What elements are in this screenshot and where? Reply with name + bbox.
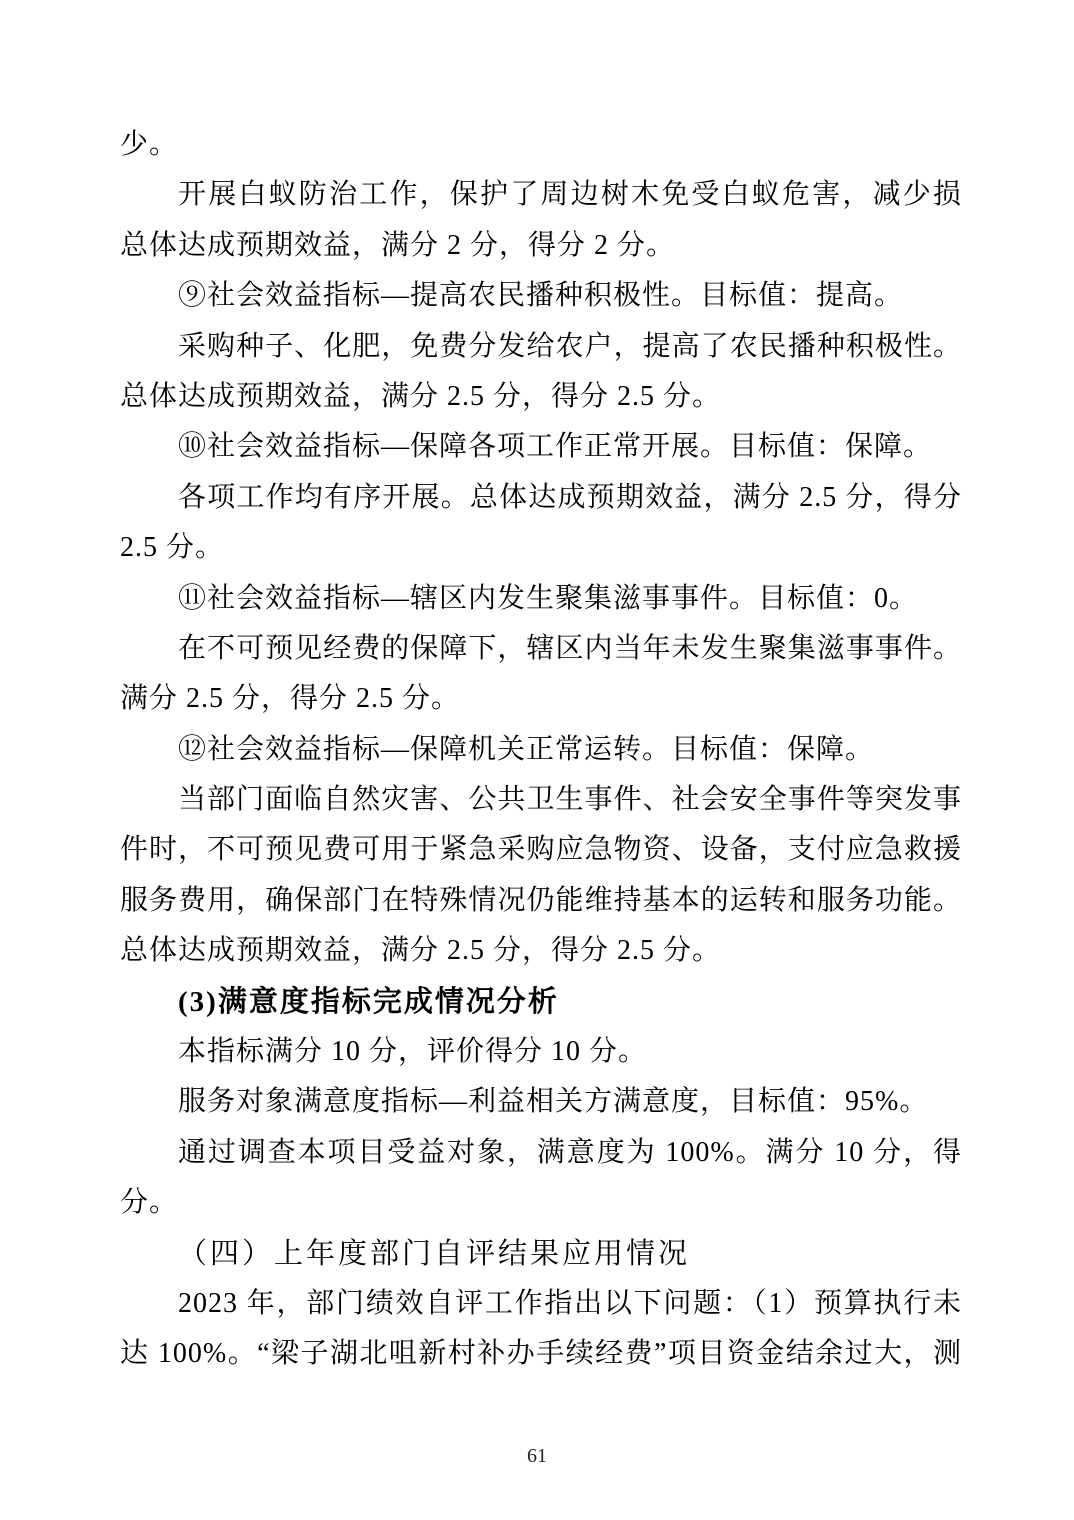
text-line: 本指标满分 10 分，评价得分 10 分。 — [120, 1027, 962, 1077]
text-line: ⑪社会效益指标—辖区内发生聚集滋事事件。目标值：0。 — [120, 574, 962, 624]
text-line: 达 100%。“梁子湖北咀新村补办手续经费”项目资金结余过大，测 — [120, 1329, 962, 1379]
text-line: 件时，不可预见费可用于紧急采购应急物资、设备，支付应急救援 — [120, 825, 962, 875]
text-line: ⑩社会效益指标—保障各项工作正常开展。目标值：保障。 — [120, 422, 962, 472]
text-line: 采购种子、化肥，免费分发给农户，提高了农民播种积极性。 — [120, 322, 962, 372]
text-line: 服务对象满意度指标—利益相关方满意度，目标值：95%。 — [120, 1077, 962, 1127]
text-line: ⑨社会效益指标—提高农民播种积极性。目标值：提高。 — [120, 271, 962, 321]
text-line: 分。 — [120, 1178, 962, 1228]
document-page: 少。开展白蚁防治工作，保护了周边树木免受白蚁危害，减少损失。总体达成预期效益，满… — [0, 0, 1074, 1520]
document-body: 少。开展白蚁防治工作，保护了周边树木免受白蚁危害，减少损失。总体达成预期效益，满… — [120, 120, 962, 1380]
text-line: 2.5 分。 — [120, 523, 962, 573]
text-line: ⑫社会效益指标—保障机关正常运转。目标值：保障。 — [120, 725, 962, 775]
text-line: (3)满意度指标完成情况分析 — [120, 977, 962, 1027]
text-line: 2023 年，部门绩效自评工作指出以下问题：（1）预算执行未 — [120, 1279, 962, 1329]
text-line: 总体达成预期效益，满分 2.5 分，得分 2.5 分。 — [120, 372, 962, 422]
text-line: 当部门面临自然灾害、公共卫生事件、社会安全事件等突发事 — [120, 775, 962, 825]
text-line: 开展白蚁防治工作，保护了周边树木免受白蚁危害，减少损失。 — [120, 170, 962, 220]
text-line: 总体达成预期效益，满分 2.5 分，得分 2.5 分。 — [120, 926, 962, 976]
text-line: 满分 2.5 分，得分 2.5 分。 — [120, 674, 962, 724]
text-line: （四）上年度部门自评结果应用情况 — [120, 1229, 962, 1279]
text-line: 少。 — [120, 120, 962, 170]
text-line: 各项工作均有序开展。总体达成预期效益，满分 2.5 分，得分 — [120, 473, 962, 523]
text-line: 服务费用，确保部门在特殊情况仍能维持基本的运转和服务功能。 — [120, 876, 962, 926]
text-line: 在不可预见经费的保障下，辖区内当年未发生聚集滋事事件。 — [120, 624, 962, 674]
text-line: 总体达成预期效益，满分 2 分，得分 2 分。 — [120, 221, 962, 271]
text-line: 通过调查本项目受益对象，满意度为 100%。满分 10 分，得 10 — [120, 1128, 962, 1178]
page-number: 61 — [0, 1438, 1074, 1474]
